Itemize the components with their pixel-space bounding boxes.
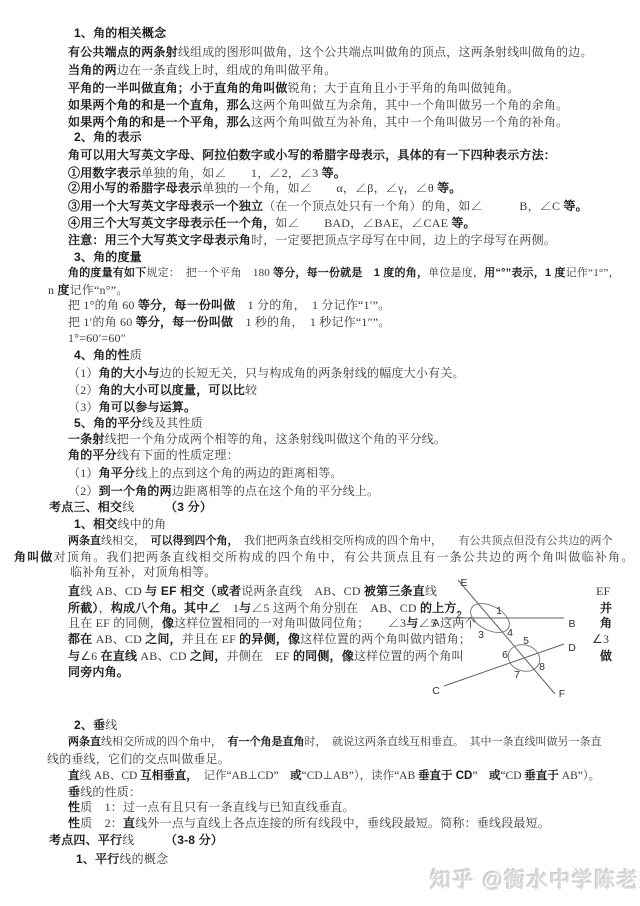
figure-wrap-line: EF	[596, 584, 610, 599]
figure-para-line: 同旁内角。	[68, 665, 129, 680]
figure-para-line: 所截），构成八个角。其中∠ 1与∠5 这两个角分别在 AB、CD 的上方，	[68, 601, 469, 616]
body-line: 注意：用三个大写英文字母表示角时，一定要把顶点字母写在中间，边上的字母写在两侧。	[68, 233, 556, 248]
body-line: （2）角的大小可以度量，可以比较	[68, 383, 257, 398]
heading-angle-properties: 4、角的性质	[74, 348, 142, 363]
figure-para-line: 都在 AB、CD 之间，并且在 EF 的异侧，像这样位置的两个角叫做内错角；	[68, 632, 471, 647]
figure-angle-1: 1	[496, 605, 502, 617]
body-line: （1）角平分线上的点到这个角的两边的距离相等。	[68, 466, 343, 481]
heading-angle-notation: 2、角的表示	[74, 130, 142, 145]
heading-angle-bisector: 5、角的平分线及其性质	[74, 416, 203, 431]
figure-para-line: 与∠6 在直线 AB、CD 之间，并侧在 EF 的同侧，像这样位置的两个角叫	[68, 649, 464, 664]
body-line: 角可以用大写英文字母、阿拉伯数字或小写的希腊字母表示，具体的有一下四种表示方法：	[68, 148, 556, 163]
body-line: 线的垂线，它们的交点叫做垂足。	[47, 752, 230, 767]
figure-para-line: 直线 AB、CD 与 EF 相交（或者说两条直线 AB、CD 被第三条直线	[68, 584, 437, 599]
figure-angle-7: 7	[514, 669, 520, 681]
figure-wrap-line: 做	[600, 649, 612, 664]
body-line: 平角的一半叫做直角；小于直角的角叫做锐角；大于直角且小于平角的角叫做钝角。	[68, 81, 519, 96]
body-line: （2）到一个角的两边距离相等的点在这个角的平分线上。	[68, 484, 379, 499]
heading-perpendicular: 2、垂线	[74, 718, 117, 733]
body-line: ④用三个大写英文字母表示任一个角，如∠ BAD，∠BAE，∠CAE 等。	[68, 216, 476, 231]
zhihu-watermark: 知乎 @衡水中学陈老师	[430, 864, 640, 894]
figure-angle-3: 3	[478, 629, 484, 641]
figure-label-F: F	[559, 688, 565, 700]
body-line: 垂线的性质：	[68, 785, 141, 800]
heading-parallel-concept: 1、平行线的概念	[76, 852, 168, 867]
body-line: （3）角可以参与运算。	[68, 400, 196, 415]
figure-label-B: B	[568, 618, 575, 630]
figure-wrap-line: 并	[600, 601, 612, 616]
heading-angle-concepts: 1、角的相关概念	[74, 26, 166, 41]
heading-intersecting-angles: 1、相交线中的角	[74, 517, 166, 532]
body-line: 如果两个角的和是一个平角，那么这两个角叫做互为补角，其中一个角叫做另一个角的补角…	[68, 115, 568, 130]
body-line: 一条射线把一个角分成两个相等的角，这条射线叫做这个角的平分线。	[68, 432, 446, 447]
body-line: ①用数字表示单独的角，如∠ 1，∠2，∠3 等。	[68, 166, 346, 181]
figure-label-E: E	[460, 577, 467, 589]
figure-label-A: A	[432, 617, 439, 629]
figure-label-C: C	[432, 685, 440, 697]
figure-angle-4: 4	[507, 627, 513, 639]
heading-angle-measure: 3、角的度量	[74, 250, 142, 265]
body-line: 1°=60′=60″	[68, 331, 126, 346]
body-line: 性质 1：过一点有且只有一条直线与已知直线垂直。	[68, 800, 355, 815]
body-line: 性质 2：直线外一点与直线上各点连接的所有线段中，垂线段最短。简称：垂线段最短。	[68, 816, 550, 831]
figure-angle-8: 8	[539, 661, 545, 673]
body-line: 角的度量有如下规定： 把一个平角 180 等分，每一份就是 1 度的角，单位是度…	[68, 266, 620, 281]
figure-angle-5: 5	[523, 635, 529, 647]
figure-angle-6: 6	[502, 649, 508, 661]
body-line: 当角的两边在一条直线上时，组成的角叫做平角。	[68, 63, 336, 78]
body-line: 有公共端点的两条射线组成的图形叫做角，这个公共端点叫做角的顶点，这两条射线叫做角…	[68, 45, 593, 60]
body-line: 把 1′的角 60 等分，每一份叫做 1 秒的角， 1 秒记作“1″”。	[68, 315, 391, 330]
body-line: 临补角互补，对顶角相等。	[70, 565, 216, 580]
body-line: ②用小写的希腊字母表示单独的一个角，如∠ α，∠β，∠γ，∠θ 等。	[68, 181, 461, 196]
figure-wrap-line: 角	[600, 616, 612, 631]
figure-para-line: 且在 EF 的同侧，像这样位置相同的一对角叫做同位角； ∠3与∠5 这两个	[68, 616, 477, 631]
figure-label-D: D	[568, 642, 576, 654]
kaodian-heading: 考点三、相交线 （3 分）	[49, 500, 212, 515]
body-line: 两条直线相交所成的四个角中， 有一个角是直角时， 就说这两条直线互相垂直。 其中…	[68, 735, 602, 750]
body-line: 如果两个角的和是一个直角，那么这两个角叫做互为余角，其中一个角叫做另一个角的余角…	[68, 98, 568, 113]
body-line: n 度记作“n°”。	[48, 283, 128, 298]
body-line: 直线 AB、CD 互相垂直， 记作“AB⊥CD” 或“CD⊥AB”），读作“AB…	[68, 769, 600, 784]
figure-angle-2: 2	[456, 609, 462, 621]
body-line: ③用一个大写英文字母表示一个独立（在一个顶点处只有一个角）的角，如∠ B，∠C …	[68, 199, 588, 214]
body-line: 角的平分线有下面的性质定理：	[68, 448, 239, 463]
body-line: （1）角的大小与边的长短无关，只与构成角的两条射线的幅度大小有关。	[68, 366, 465, 381]
intersecting-lines-figure: E A B D C F 1 2 3 4 5 6 7 8	[428, 570, 598, 705]
body-line: 角叫做对顶角。我们把两条直线相交所构成的四个角中，有公共顶点且有一条公共边的两个…	[14, 550, 634, 565]
document-page: 1、角的相关概念有公共端点的两条射线组成的图形叫做角，这个公共端点叫做角的顶点，…	[0, 0, 640, 906]
body-line: 两条直线相交， 可以得到四个角， 我们把两条直线相交所构成的四个角中， 有公共顶…	[68, 534, 613, 549]
kaodian-heading: 考点四、平行线 （3-8 分）	[49, 833, 223, 848]
body-line: 把 1°的角 60 等分，每一份叫做 1 分的角， 1 分记作“1′”。	[68, 298, 390, 313]
